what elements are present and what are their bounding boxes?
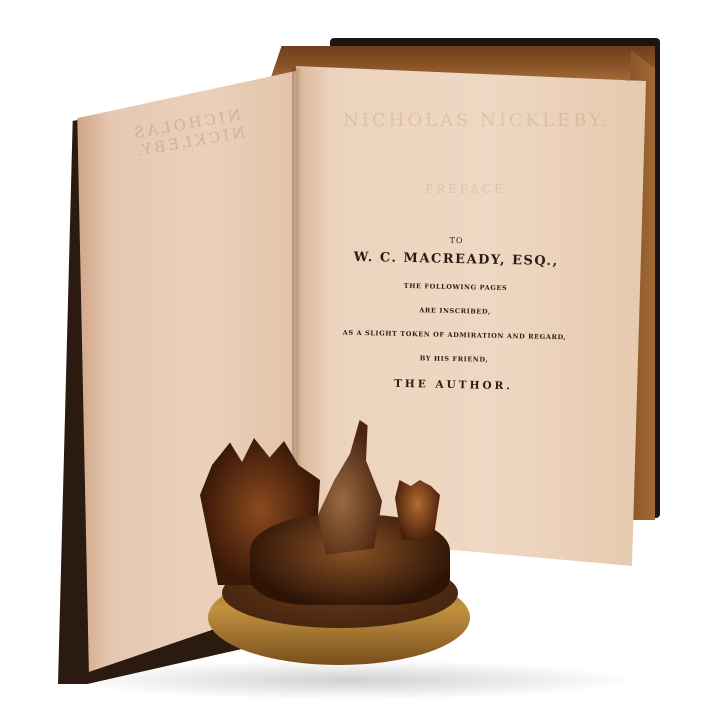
- dedication-line-1: THE FOLLOWING PAGES: [340, 281, 570, 294]
- photo-scene: NICHOLAS NICKLEBY. NICHOLAS NICKLEBY. PR…: [0, 0, 720, 720]
- right-page-bleed-heading: PREFACE.: [425, 182, 513, 196]
- right-page-bleed-title: NICHOLAS NICKLEBY.: [343, 110, 610, 131]
- dedication-name: W. C. MACREADY, ESQ.,: [341, 250, 571, 270]
- bronze-ornament: [200, 420, 475, 670]
- dedication-block: TO W. C. MACREADY, ESQ., THE FOLLOWING P…: [338, 234, 571, 394]
- dedication-line-3: AS A SLIGHT TOKEN OF ADMIRATION AND REGA…: [339, 329, 569, 342]
- dedication-line-4: BY HIS FRIEND,: [339, 353, 569, 366]
- ornament-flower: [395, 480, 440, 540]
- dedication-line-2: ARE INSCRIBED,: [340, 305, 570, 318]
